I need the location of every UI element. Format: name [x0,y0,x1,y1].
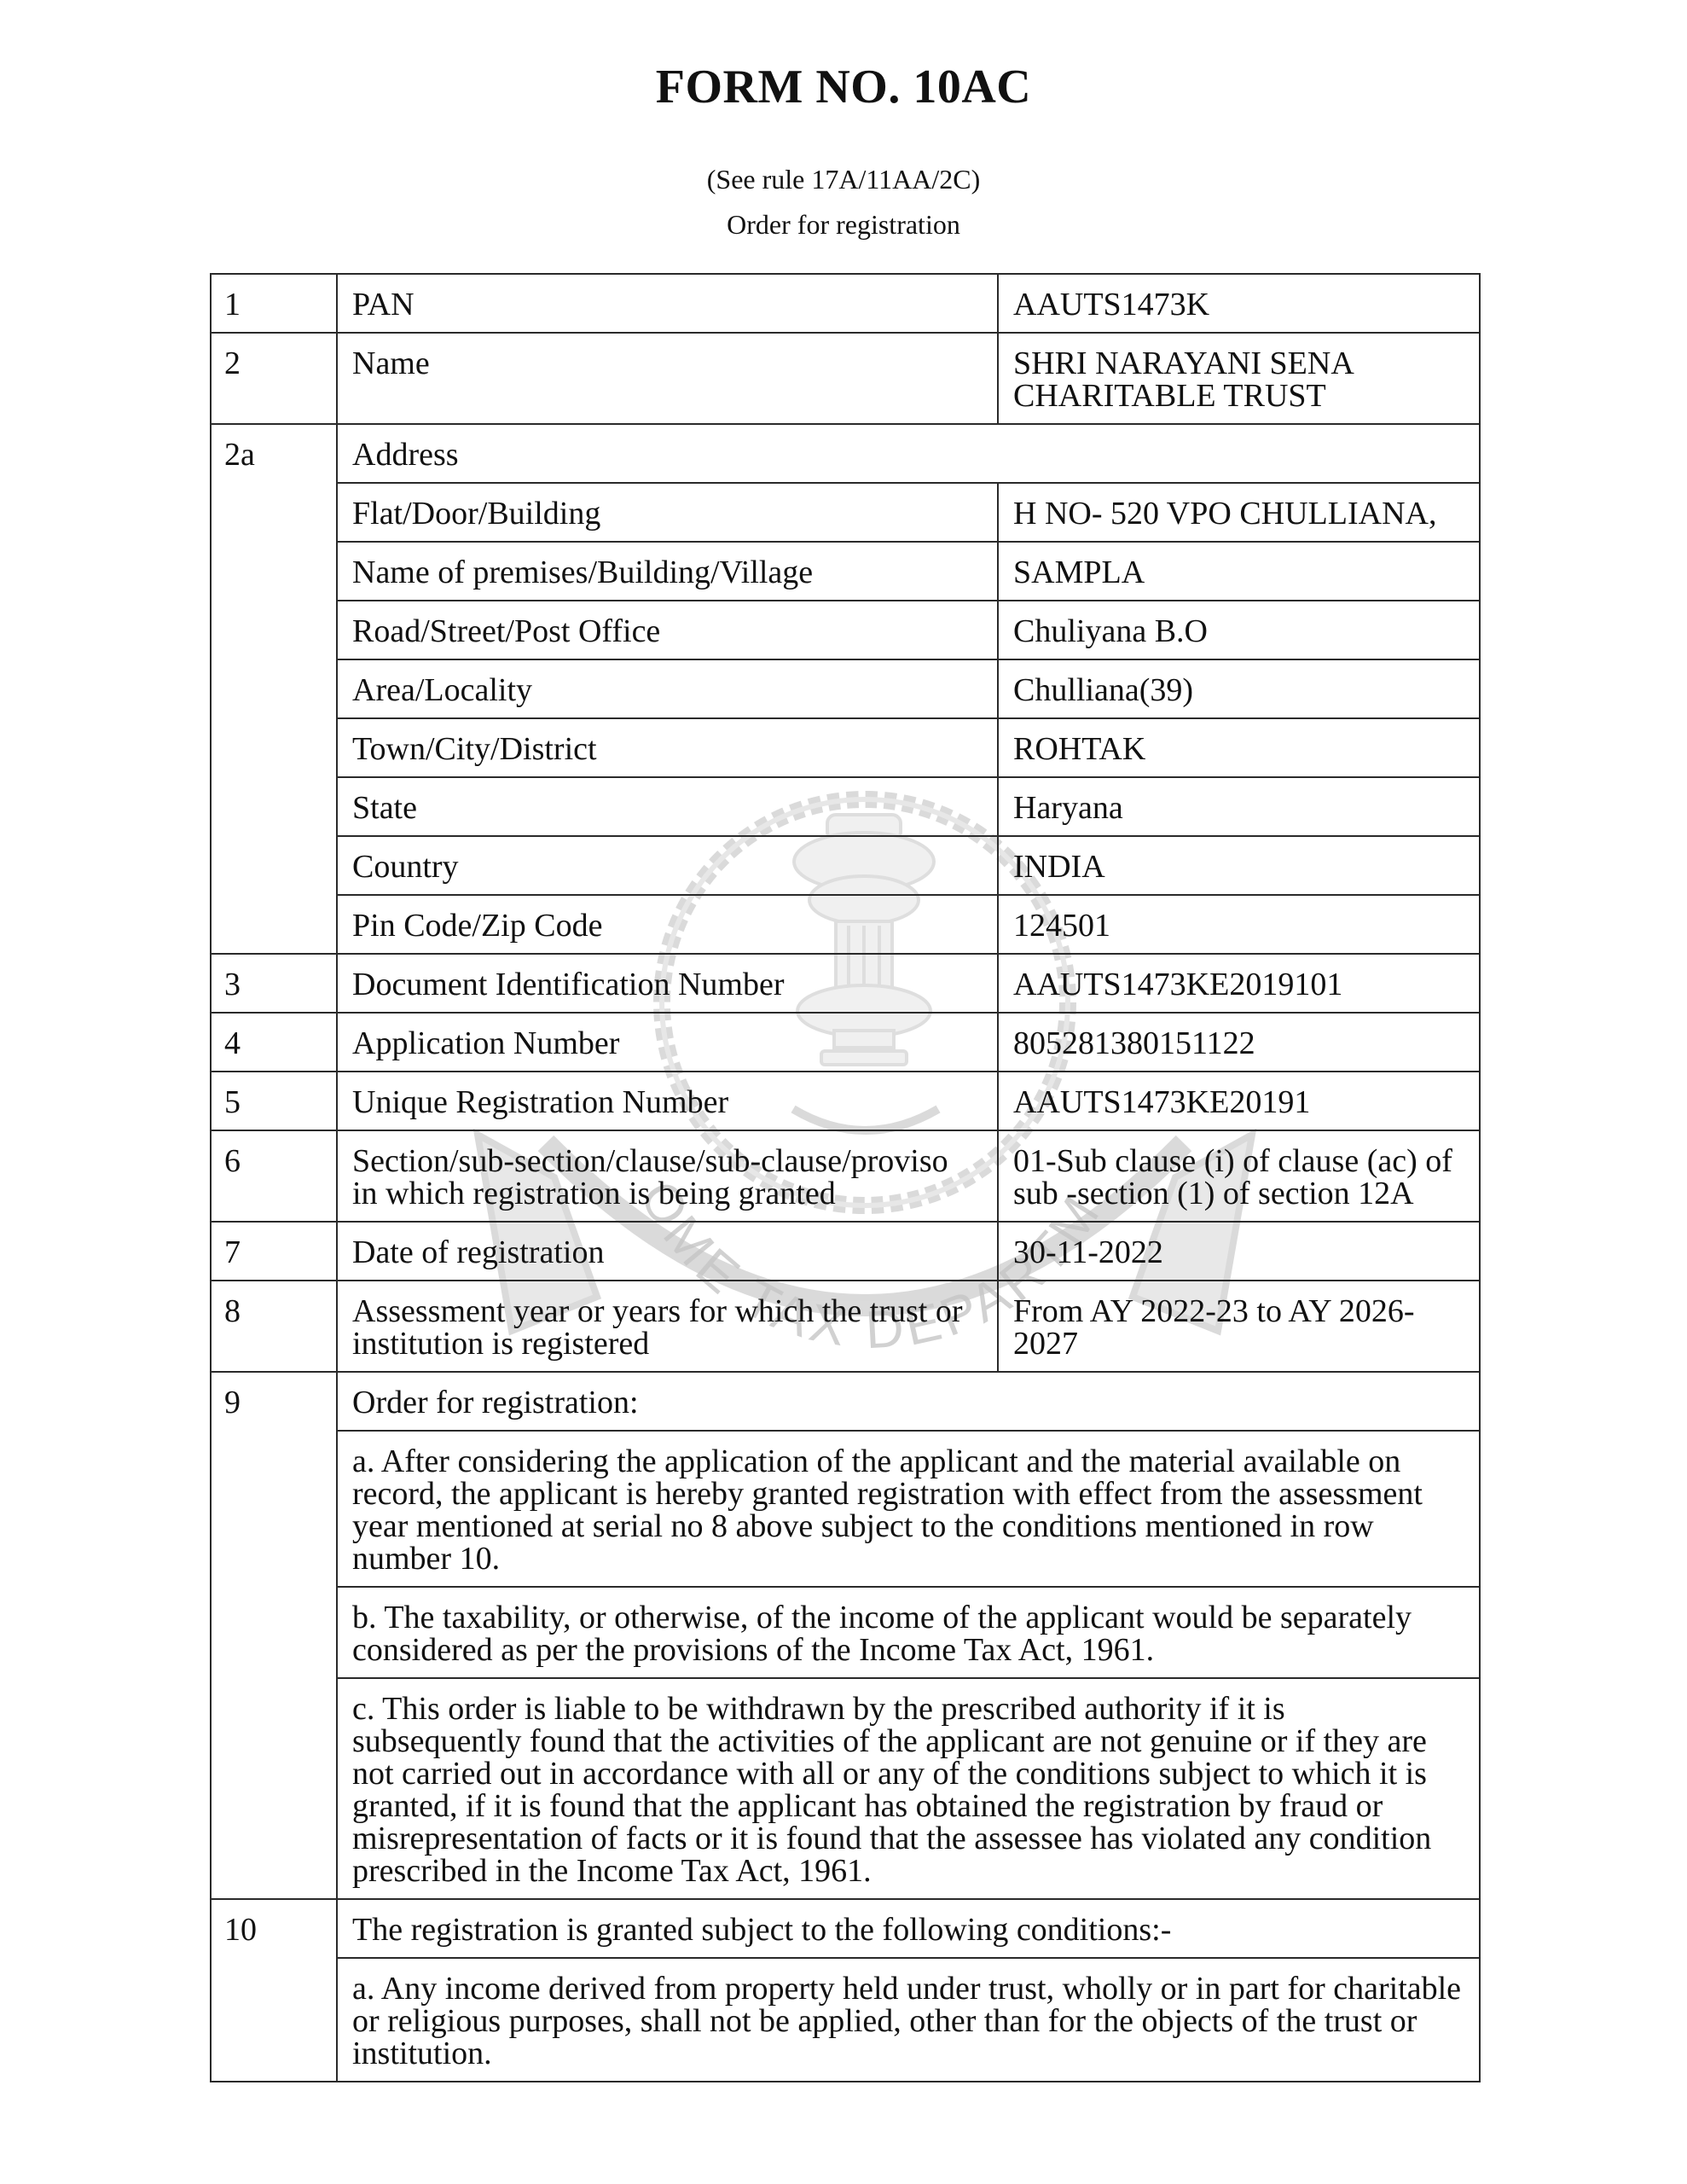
table-row-name: 2 Name SHRI NARAYANI SENA CHARITABLE TRU… [211,333,1480,424]
table-row-section: 6 Section/sub-section/clause/sub-clause/… [211,1130,1480,1222]
table-row-address-header: 2a Address [211,424,1480,483]
table-row-order-item: b. The taxability, or otherwise, of the … [211,1587,1480,1678]
serial-number: 4 [211,1013,337,1072]
table-row-address-field: Area/Locality Chulliana(39) [211,659,1480,718]
field-value: Chuliyana B.O [998,601,1480,659]
table-row-order-item: c. This order is liable to be withdrawn … [211,1678,1480,1899]
table-row-address-field: Town/City/District ROHTAK [211,718,1480,777]
table-row-pan: 1 PAN AAUTS1473K [211,274,1480,333]
table-row-conditions-header: 10 The registration is granted subject t… [211,1899,1480,1958]
field-label: Name of premises/Building/Village [337,542,998,601]
serial-number: 5 [211,1072,337,1130]
field-label: Flat/Door/Building [337,483,998,542]
field-label: Date of registration [337,1222,998,1281]
field-label: Name [337,333,998,424]
table-row-address-field: Flat/Door/Building H NO- 520 VPO CHULLIA… [211,483,1480,542]
name-value: SHRI NARAYANI SENA CHARITABLE TRUST [998,333,1480,424]
serial-number: 3 [211,954,337,1013]
document-id-value: AAUTS1473KE2019101 [998,954,1480,1013]
field-label: Application Number [337,1013,998,1072]
field-value: SAMPLA [998,542,1480,601]
table-row-address-field: State Haryana [211,777,1480,836]
field-value: 124501 [998,895,1480,954]
field-label: Document Identification Number [337,954,998,1013]
rule-reference: (See rule 17A/11AA/2C) [0,164,1687,195]
registration-table: 1 PAN AAUTS1473K 2 Name SHRI NARAYANI SE… [210,273,1481,2082]
table-row-address-field: Road/Street/Post Office Chuliyana B.O [211,601,1480,659]
form-page: INCOME TAX DEPARTMENT FORM NO. 10AC (See… [0,0,1687,2184]
table-row-address-field: Country INDIA [211,836,1480,895]
order-paragraph: c. This order is liable to be withdrawn … [337,1678,1480,1899]
section-value: 01-Sub clause (i) of clause (ac) of sub … [998,1130,1480,1222]
table-row-address-field: Name of premises/Building/Village SAMPLA [211,542,1480,601]
table-row-address-field: Pin Code/Zip Code 124501 [211,895,1480,954]
serial-number: 7 [211,1222,337,1281]
form-title: FORM NO. 10AC [0,61,1687,113]
order-paragraph: a. After considering the application of … [337,1431,1480,1587]
table-row-document-id: 3 Document Identification Number AAUTS14… [211,954,1480,1013]
field-value: H NO- 520 VPO CHULLIANA, [998,483,1480,542]
field-label: Country [337,836,998,895]
table-row-assessment-years: 8 Assessment year or years for which the… [211,1281,1480,1372]
field-value: ROHTAK [998,718,1480,777]
serial-number: 2 [211,333,337,424]
field-label: Assessment year or years for which the t… [337,1281,998,1372]
table-row-application-number: 4 Application Number 805281380151122 [211,1013,1480,1072]
table-row-registration-date: 7 Date of registration 30-11-2022 [211,1222,1480,1281]
field-label: Road/Street/Post Office [337,601,998,659]
conditions-heading: The registration is granted subject to t… [337,1899,1480,1958]
pan-value: AAUTS1473K [998,274,1480,333]
order-paragraph: b. The taxability, or otherwise, of the … [337,1587,1480,1678]
application-number-value: 805281380151122 [998,1013,1480,1072]
serial-number: 2a [211,424,337,954]
assessment-years-value: From AY 2022-23 to AY 2026-2027 [998,1281,1480,1372]
field-label: PAN [337,274,998,333]
table-row-order-header: 9 Order for registration: [211,1372,1480,1431]
registration-date-value: 30-11-2022 [998,1222,1480,1281]
order-heading: Order for registration: [337,1372,1480,1431]
serial-number: 6 [211,1130,337,1222]
table-row-registration-number: 5 Unique Registration Number AAUTS1473KE… [211,1072,1480,1130]
form-subtitle: Order for registration [0,209,1687,240]
field-value: INDIA [998,836,1480,895]
field-label: Unique Registration Number [337,1072,998,1130]
field-value: Chulliana(39) [998,659,1480,718]
table-row-order-item: a. After considering the application of … [211,1431,1480,1587]
address-heading: Address [337,424,1480,483]
serial-number: 10 [211,1899,337,2082]
serial-number: 8 [211,1281,337,1372]
serial-number: 1 [211,274,337,333]
field-label: Section/sub-section/clause/sub-clause/pr… [337,1130,998,1222]
field-value: Haryana [998,777,1480,836]
serial-number: 9 [211,1372,337,1899]
registration-number-value: AAUTS1473KE20191 [998,1072,1480,1130]
field-label: Pin Code/Zip Code [337,895,998,954]
field-label: Area/Locality [337,659,998,718]
table-row-condition-item: a. Any income derived from property held… [211,1958,1480,2082]
condition-paragraph: a. Any income derived from property held… [337,1958,1480,2082]
field-label: Town/City/District [337,718,998,777]
field-label: State [337,777,998,836]
